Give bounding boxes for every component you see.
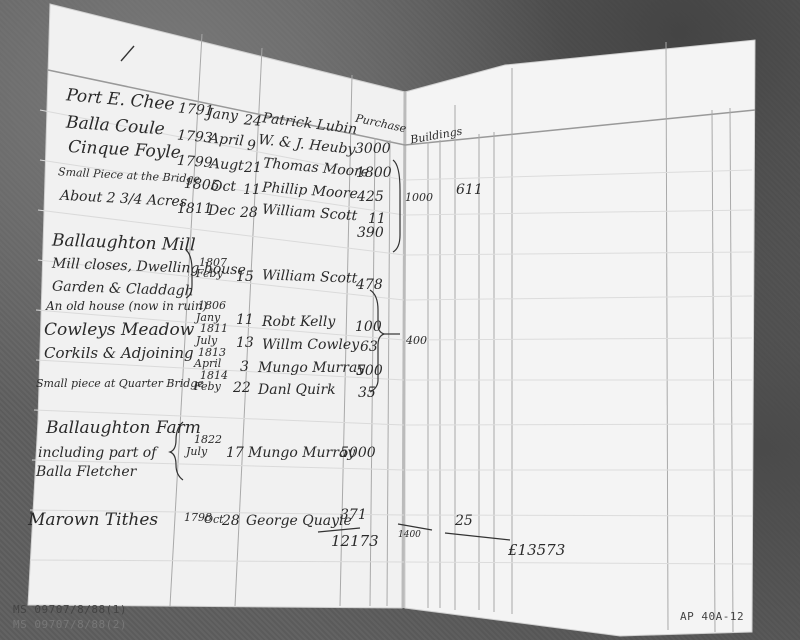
archive-mark: AP 40A-12	[680, 610, 744, 623]
section-title: Ballaughton Mill	[52, 233, 196, 255]
property-name: Corkils & Adjoining	[44, 346, 194, 361]
day: 28	[240, 206, 258, 220]
purchase-amount: 1800	[356, 166, 392, 180]
day: 15	[236, 270, 254, 284]
month: Dec	[208, 204, 235, 218]
month: Oct	[204, 514, 224, 525]
purchase-amount: 371	[340, 508, 367, 522]
purchase-amount: 5000	[340, 446, 376, 460]
purchase-amount: 63	[360, 340, 378, 354]
section-line: Balla Fletcher	[36, 465, 136, 479]
vendor: George Quayle	[246, 514, 352, 528]
buildings-amount: 1000	[405, 192, 433, 203]
property-name: Cowleys Meadow	[44, 322, 194, 339]
day: 22	[233, 381, 251, 395]
property-name: Marown Tithes	[28, 512, 158, 529]
month: July	[196, 335, 217, 346]
purchase-amount: 35	[358, 386, 376, 400]
section-line: Ballaughton Farm	[46, 420, 201, 437]
vendor: Danl Quirk	[258, 383, 336, 397]
archive-mark: MS 09707/8/88(1)	[13, 603, 127, 616]
month: April	[194, 358, 221, 369]
day: 28	[222, 514, 240, 528]
archive-mark: MS 09707/8/88(2)	[13, 618, 127, 631]
vendor: William Scott	[262, 268, 358, 285]
day: 11	[243, 183, 261, 197]
grand-total: £13573	[508, 543, 565, 558]
purchase-amount: 500	[356, 364, 383, 378]
property-name: An old house (now in ruin)	[46, 300, 207, 312]
month: Jany	[206, 107, 238, 124]
vendor: Robt Kelly	[262, 315, 335, 329]
month: Feby	[194, 381, 221, 392]
year: 1811	[200, 323, 228, 334]
month: Augt	[210, 157, 245, 173]
year: 1806	[198, 300, 226, 311]
year: 1799	[177, 154, 214, 170]
purchase-amount: 390	[357, 226, 384, 240]
purchase-amount: 11	[368, 212, 386, 226]
day: 9	[247, 139, 256, 153]
vendor: Willm Cowley	[262, 338, 359, 352]
other-amount: 25	[455, 514, 473, 528]
purchase-total: 12173	[331, 534, 379, 549]
purchase-amount: 3000	[355, 142, 391, 156]
day: 24	[243, 113, 262, 129]
month: July	[186, 446, 207, 457]
buildings-total: 1400	[398, 531, 421, 540]
buildings-amount: 400	[406, 335, 427, 346]
day: 21	[244, 161, 262, 175]
purchase-amount: 100	[355, 320, 382, 334]
day: 17	[226, 446, 244, 460]
purchase-amount: 478	[356, 278, 383, 292]
day: 13	[236, 336, 254, 350]
purchase-amount: 425	[357, 190, 384, 204]
buildings-amount-col2: 611	[456, 183, 483, 197]
month: Feby	[196, 268, 223, 279]
month: Oct	[211, 180, 236, 194]
day: 11	[236, 313, 254, 327]
property-name: Small piece at Quarter Bridge	[36, 378, 204, 389]
day: 3	[240, 360, 249, 374]
vendor: Mungo Murray	[258, 361, 365, 375]
month: April	[208, 132, 244, 149]
section-line: including part of	[38, 446, 156, 460]
year: 1822	[194, 434, 222, 445]
